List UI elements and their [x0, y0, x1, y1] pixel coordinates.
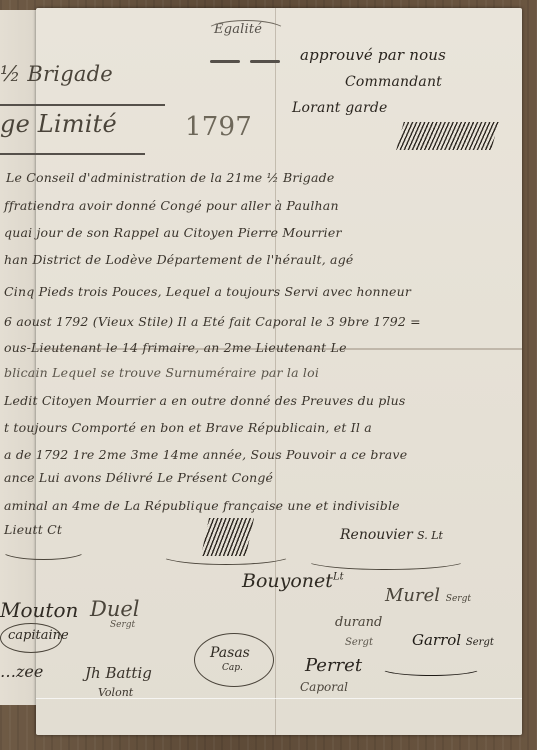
motto-underline-left [210, 60, 240, 63]
body-line-3: quai jour de son Rappel au Citoyen Pierr… [4, 225, 342, 240]
signature-flourish [160, 545, 292, 565]
approval-signature-paraphe [396, 122, 499, 150]
title-rule [0, 153, 145, 155]
body-line-9: Ledit Citoyen Mourrier a en outre donné … [4, 393, 406, 408]
body-line-7: ous-Lieutenant le 14 frimaire, an 2me Li… [4, 340, 347, 355]
signature-duel-rank: Sergt [110, 620, 135, 630]
body-line-5: Cinq Pieds trois Pouces, Lequel a toujou… [4, 284, 411, 299]
body-line-11: a de 1792 1re 2me 3me 14me année, Sous P… [4, 447, 407, 462]
brigade-heading: ½ Brigade [0, 62, 113, 86]
signature-zee: …zee [0, 662, 43, 681]
body-line-1: Le Conseil d'administration de la 21me ½… [6, 170, 334, 185]
approval-line-1: approuvé par nous [300, 46, 446, 64]
document-title: ge Limité [0, 110, 117, 138]
year-pencil-note: 1797 [185, 112, 252, 142]
approval-line-3: Lorant garde [292, 100, 388, 116]
body-line-12: ance Lui avons Délivré Le Présent Congé [4, 470, 273, 485]
body-line-2: ffratiendra avoir donné Congé pour aller… [4, 198, 339, 213]
signature-renouvier: Renouvier S. Lt [340, 527, 443, 543]
signature-perret-rank: Caporal [300, 680, 348, 694]
body-line-6: 6 aoust 1792 (Vieux Stile) Il a Eté fait… [4, 314, 421, 329]
paper-crease [36, 698, 522, 699]
motto-flourish [205, 20, 287, 44]
signature-flourish [380, 660, 482, 676]
signature-murel: Murel Sergt [385, 585, 471, 606]
body-line-4: han District de Lodève Département de l'… [4, 252, 354, 267]
body-line-13: aminal an 4me de La République française… [4, 498, 400, 513]
signature-durand-rank: Sergt [345, 637, 373, 648]
signature-perret: Perret [305, 655, 362, 676]
signature-pasas: Pasas [210, 645, 250, 661]
signature-durand: durand [335, 615, 382, 630]
signature-flourish [0, 540, 87, 560]
body-line-10: t toujours Comporté en bon et Brave Répu… [4, 420, 372, 435]
signature-mouton: Mouton [0, 598, 78, 622]
signature-duel: Duel [90, 597, 140, 621]
approval-line-2: Commandant [345, 74, 442, 90]
body-line-8: blicain Lequel se trouve Surnuméraire pa… [4, 365, 319, 380]
body-line-14: Lieutt Ct [4, 522, 62, 537]
signature-capitaine: capitaine [8, 628, 69, 643]
signature-battig: Jh Battig [85, 664, 152, 682]
signature-flourish [305, 550, 467, 570]
signature-pasas-rank: Cap. [222, 663, 243, 673]
heading-rule [0, 104, 165, 106]
signature-garrol: Garrol Sergt [412, 631, 494, 649]
motto-underline-right [250, 60, 280, 63]
signature-bouyonet: BouyonetLt [242, 570, 344, 592]
